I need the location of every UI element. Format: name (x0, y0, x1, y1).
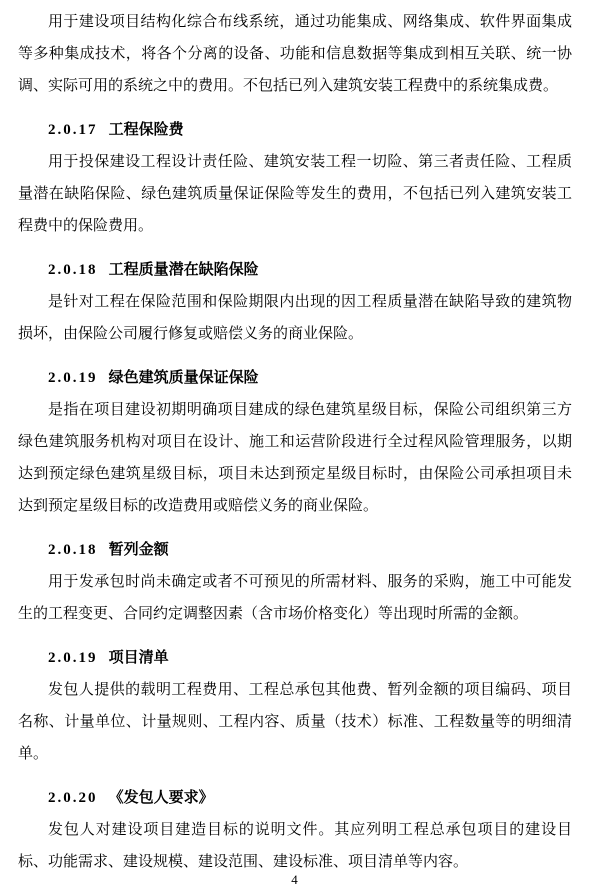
section-title: 绿色建筑质量保证保险 (109, 369, 259, 386)
section-title: 项目清单 (109, 649, 169, 666)
section-2-0-18-provisional-sum: 2.0.18 暂列金额 用于发承包时尚未确定或者不可预见的所需材料、服务的采购，… (18, 534, 572, 630)
section-heading: 2.0.19 项目清单 (18, 642, 572, 674)
section-heading: 2.0.18 工程质量潜在缺陷保险 (18, 254, 572, 286)
section-number: 2.0.17 (48, 122, 98, 138)
section-title: 《发包人要求》 (109, 789, 214, 806)
section-heading: 2.0.17 工程保险费 (18, 114, 572, 146)
page-number: 4 (0, 872, 589, 888)
section-title: 工程质量潜在缺陷保险 (109, 261, 259, 278)
section-number: 2.0.18 (48, 542, 98, 558)
section-2-0-20-employer-requirements: 2.0.20 《发包人要求》 发包人对建设项目建造目标的说明文件。其应列明工程总… (18, 782, 572, 878)
section-heading: 2.0.19 绿色建筑质量保证保险 (18, 362, 572, 394)
section-body: 发包人对建设项目建造目标的说明文件。其应列明工程总承包项目的建设目标、功能需求、… (18, 814, 572, 878)
page-body: 用于建设项目结构化综合布线系统，通过功能集成、网络集成、软件界面集成等多种集成技… (0, 0, 589, 892)
intro-paragraph: 用于建设项目结构化综合布线系统，通过功能集成、网络集成、软件界面集成等多种集成技… (18, 6, 572, 102)
section-2-0-18-defect-insurance: 2.0.18 工程质量潜在缺陷保险 是针对工程在保险范围和保险期限内出现的因工程… (18, 254, 572, 350)
section-2-0-19-green-building-insurance: 2.0.19 绿色建筑质量保证保险 是指在项目建设初期明确项目建成的绿色建筑星级… (18, 362, 572, 522)
section-number: 2.0.18 (48, 262, 98, 278)
section-body: 用于投保建设工程设计责任险、建筑安装工程一切险、第三者责任险、工程质量潜在缺陷保… (18, 146, 572, 242)
section-body: 发包人提供的载明工程费用、工程总承包其他费、暂列金额的项目编码、项目名称、计量单… (18, 674, 572, 770)
section-2-0-17: 2.0.17 工程保险费 用于投保建设工程设计责任险、建筑安装工程一切险、第三者… (18, 114, 572, 242)
section-body: 是指在项目建设初期明确项目建成的绿色建筑星级目标，保险公司组织第三方绿色建筑服务… (18, 394, 572, 522)
document-page: { "page": { "intro_paragraph": "用于建设项目结构… (0, 0, 589, 892)
section-number: 2.0.19 (48, 650, 98, 666)
section-2-0-19-project-list: 2.0.19 项目清单 发包人提供的载明工程费用、工程总承包其他费、暂列金额的项… (18, 642, 572, 770)
section-title: 暂列金额 (109, 541, 169, 558)
section-body: 用于发承包时尚未确定或者不可预见的所需材料、服务的采购，施工中可能发生的工程变更… (18, 566, 572, 630)
section-heading: 2.0.18 暂列金额 (18, 534, 572, 566)
section-number: 2.0.20 (48, 790, 98, 806)
section-number: 2.0.19 (48, 370, 98, 386)
section-title: 工程保险费 (109, 121, 184, 138)
section-heading: 2.0.20 《发包人要求》 (18, 782, 572, 814)
section-body: 是针对工程在保险范围和保险期限内出现的因工程质量潜在缺陷导致的建筑物损坏，由保险… (18, 286, 572, 350)
